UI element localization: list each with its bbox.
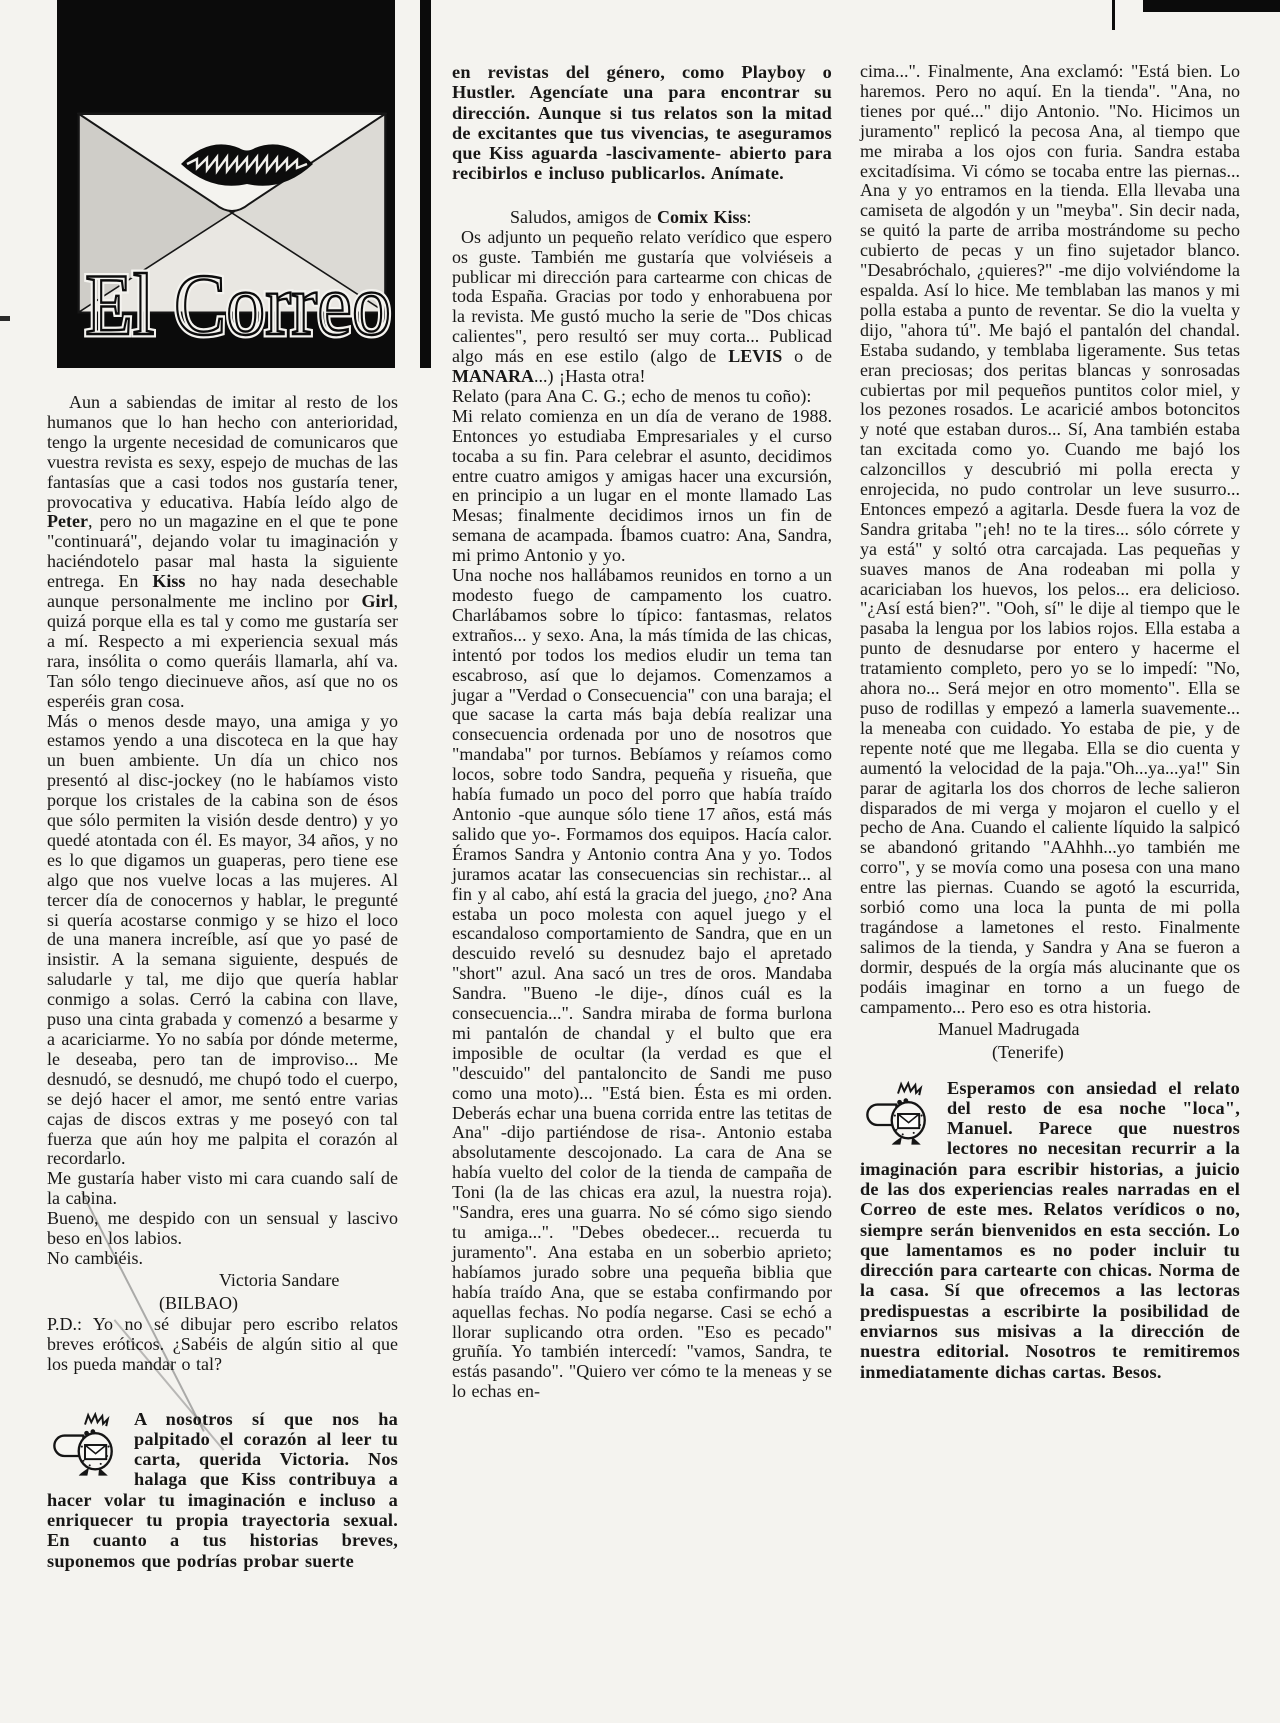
mascot-eye [84, 1430, 89, 1435]
signature-line: Manuel Madrugada [860, 1018, 1240, 1041]
text: Me gustaría haber visto mi cara cuando s… [47, 1168, 398, 1208]
scan-top-tick [1112, 0, 1115, 30]
paragraph: Saludos, amigos de Comix Kiss: [452, 208, 832, 228]
paragraph: Una noche nos hallábamos reunidos en tor… [452, 566, 832, 1402]
text: Victoria Sandare [219, 1270, 339, 1290]
paragraph: Me gustaría haber visto mi cara cuando s… [47, 1169, 398, 1209]
column-right: cima...". Finalmente, Ana exclamó: "Está… [860, 62, 1240, 1382]
scan-black-strip [420, 0, 431, 368]
scan-left-dash [0, 316, 10, 321]
text: Más o menos desde mayo, una amiga y yo e… [47, 711, 398, 1169]
editor-response: A nosotros sí que nos ha palpitado el co… [47, 1409, 398, 1571]
spacer [860, 1064, 1240, 1078]
bold-text: Peter [47, 511, 88, 531]
paragraph: P.D.: Yo no sé dibujar pero escribo rela… [47, 1315, 398, 1375]
paragraph: No cambiéis. [47, 1249, 398, 1269]
paragraph: Os adjunto un pequeño relato verídico qu… [452, 228, 832, 387]
bold-text: Girl [362, 591, 394, 611]
text: cima...". Finalmente, Ana exclamó: "Está… [860, 61, 1240, 1017]
text: o de [782, 346, 832, 366]
kiss-mascot-penis-character-icon [45, 1412, 125, 1478]
text: Mi relato comienza en un día de verano d… [452, 406, 832, 565]
bold-text: MANARA [452, 366, 534, 386]
text: Aun a sabiendas de imitar al resto de lo… [47, 392, 398, 512]
column-left: Aun a sabiendas de imitar al resto de lo… [47, 393, 398, 1571]
magazine-letters-page: El Correo El Correo Aun a sabiendas de i… [0, 0, 1280, 1723]
paragraph: Aun a sabiendas de imitar al resto de lo… [47, 393, 398, 712]
mascot-eye [91, 1429, 96, 1434]
header-logo-box: El Correo El Correo [57, 0, 395, 368]
section-title-graphic: El Correo El Correo [81, 238, 397, 366]
signature-line: Victoria Sandare [47, 1269, 398, 1292]
bold-text: LEVIS [728, 346, 782, 366]
paragraph: Más o menos desde mayo, una amiga y yo e… [47, 712, 398, 1170]
section-title: El Correo [85, 257, 391, 354]
text: No cambiéis. [47, 1248, 143, 1268]
text: (Tenerife) [992, 1042, 1064, 1062]
text: Manuel Madrugada [938, 1019, 1079, 1039]
text: (BILBAO) [159, 1293, 238, 1313]
mascot-eye [904, 1098, 909, 1103]
bold-text: Comix Kiss [657, 207, 747, 227]
editor-response: Esperamos con ansiedad el relato del res… [860, 1078, 1240, 1382]
paragraph: Mi relato comienza en un día de verano d… [452, 407, 832, 566]
editor-response: en revistas del género, como Playboy o H… [452, 62, 832, 184]
text: Relato (para Ana C. G.; echo de menos tu… [452, 386, 811, 406]
paragraph: cima...". Finalmente, Ana exclamó: "Está… [860, 62, 1240, 1018]
kiss-mascot-penis-character-icon [858, 1081, 938, 1147]
text: P.D.: Yo no sé dibujar pero escribo rela… [47, 1314, 398, 1374]
text: Bueno, me despido con un sensual y lasci… [47, 1208, 398, 1248]
spacer [47, 1375, 398, 1409]
column-middle: en revistas del género, como Playboy o H… [452, 62, 832, 1402]
spacer [452, 184, 832, 208]
text: en revistas del género, como Playboy o H… [452, 62, 832, 183]
text: ...) ¡Hasta otra! [534, 366, 645, 386]
mascot-hair [85, 1414, 108, 1426]
signature-line: (Tenerife) [860, 1041, 1240, 1064]
paragraph: Bueno, me despido con un sensual y lasci… [47, 1209, 398, 1249]
paragraph: Relato (para Ana C. G.; echo de menos tu… [452, 387, 832, 407]
bold-text: Kiss [152, 571, 185, 591]
text: Saludos, amigos de [510, 207, 657, 227]
text: Una noche nos hallábamos reunidos en tor… [452, 565, 832, 1401]
signature-line: (BILBAO) [47, 1292, 398, 1315]
scan-top-right-bar [1143, 0, 1280, 12]
mascot-hair [898, 1083, 921, 1095]
text: : [747, 207, 752, 227]
mascot-eye [897, 1099, 902, 1104]
